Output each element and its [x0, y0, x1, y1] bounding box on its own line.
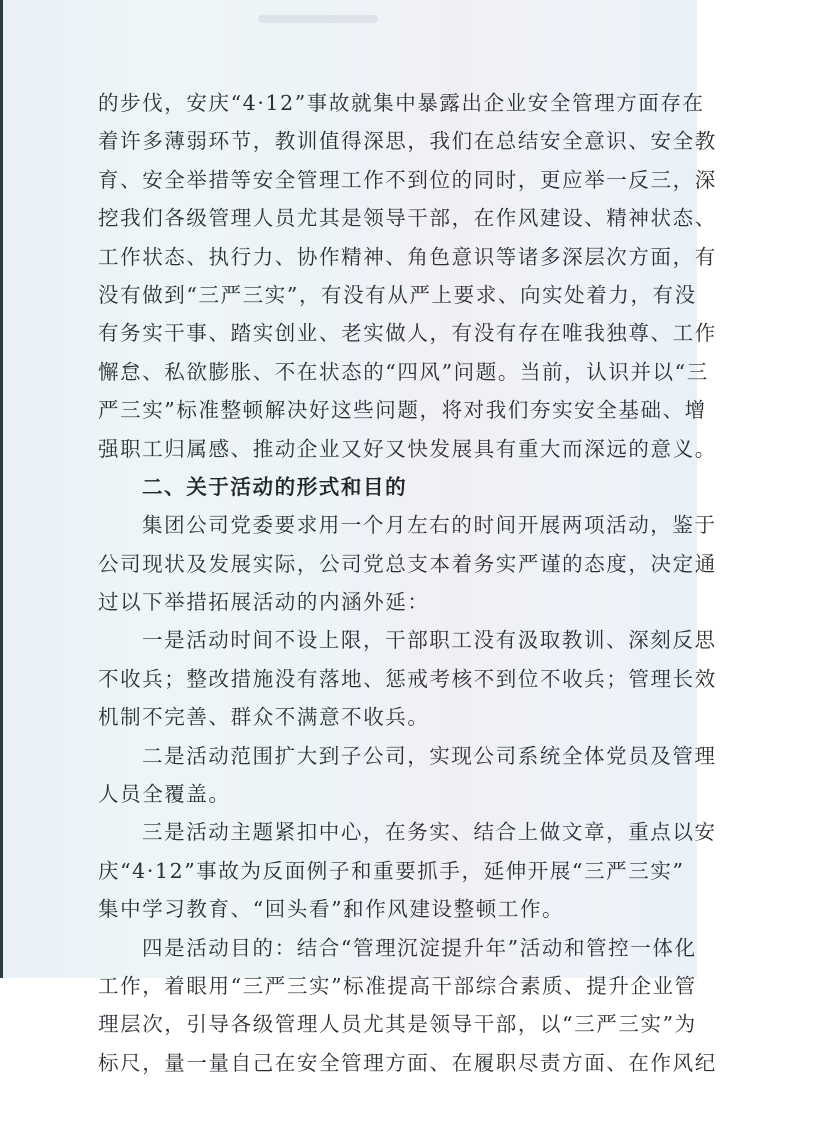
text-line: 挖我们各级管理人员尤其是领导干部，在作风建设、精神状态、: [98, 199, 633, 237]
text-line: 过以下举措拓展活动的内涵外延：: [98, 583, 633, 621]
text-line: 强职工归属感、推动企业又好又快发展具有重大而深远的意义。: [98, 430, 633, 468]
header-smudge: [258, 15, 378, 23]
text-line: 工作，着眼用“三严三实”标准提高干部综合素质、提升企业管: [98, 967, 633, 1005]
text-line: 着许多薄弱环节，教训值得深思，我们在总结安全意识、安全教: [98, 122, 633, 160]
text-line: 二是活动范围扩大到子公司，实现公司系统全体党员及管理: [98, 737, 633, 775]
text-line: 庆“4·12”事故为反面例子和重要抓手，延伸开展“三严三实”: [98, 852, 633, 890]
text-line: 没有做到“三严三实”，有没有从严上要求、向实处着力，有没: [98, 276, 633, 314]
text-line: 有务实干事、踏实创业、老实做人，有没有存在唯我独尊、工作: [98, 314, 633, 352]
paragraph-continuation: 的步伐，安庆“4·12”事故就集中暴露出企业安全管理方面存在 着许多薄弱环节，教…: [98, 84, 633, 468]
text-line: 人员全覆盖。: [98, 775, 633, 813]
text-line: 不收兵；整改措施没有落地、惩戒考核不到位不收兵；管理长效: [98, 660, 633, 698]
text-line: 三是活动主题紧扣中心，在务实、结合上做文章，重点以安: [98, 813, 633, 851]
section-heading-text: 二、关于活动的形式和目的: [98, 468, 633, 506]
text-line: 的步伐，安庆“4·12”事故就集中暴露出企业安全管理方面存在: [98, 84, 633, 122]
text-line: 公司现状及发展实际，公司党总支本着务实严谨的态度，决定通: [98, 545, 633, 583]
page-number: 2: [344, 905, 351, 921]
text-line: 四是活动目的：结合“管理沉淀提升年”活动和管控一体化: [98, 929, 633, 967]
paragraph-item-3: 三是活动主题紧扣中心，在务实、结合上做文章，重点以安 庆“4·12”事故为反面例…: [98, 813, 633, 928]
text-line: 机制不完善、群众不满意不收兵。: [98, 698, 633, 736]
text-line: 理层次，引导各级管理人员尤其是领导干部，以“三严三实”为: [98, 1005, 633, 1043]
text-line: 标尺，量一量自己在安全管理方面、在履职尽责方面、在作风纪: [98, 1044, 633, 1082]
text-line: 育、安全举措等安全管理工作不到位的同时，更应举一反三，深: [98, 161, 633, 199]
paragraph-item-2: 二是活动范围扩大到子公司，实现公司系统全体党员及管理 人员全覆盖。: [98, 737, 633, 814]
scanned-page: 的步伐，安庆“4·12”事故就集中暴露出企业安全管理方面存在 着许多薄弱环节，教…: [0, 0, 697, 978]
text-line: 严三实”标准整顿解决好这些问题，将对我们夯实安全基础、增: [98, 391, 633, 429]
text-line: 懈怠、私欲膨胀、不在状态的“四风”问题。当前，认识并以“三: [98, 353, 633, 391]
text-line: 集团公司党委要求用一个月左右的时间开展两项活动，鉴于: [98, 506, 633, 544]
text-line: 一是活动时间不设上限，干部职工没有汲取教训、深刻反思: [98, 621, 633, 659]
paragraph-item-4: 四是活动目的：结合“管理沉淀提升年”活动和管控一体化 工作，着眼用“三严三实”标…: [98, 929, 633, 1083]
paragraph-item-1: 一是活动时间不设上限，干部职工没有汲取教训、深刻反思 不收兵；整改措施没有落地、…: [98, 621, 633, 736]
text-line: 集中学习教育、“回头看”和作风建设整顿工作。: [98, 890, 633, 928]
text-line: 工作状态、执行力、协作精神、角色意识等诸多深层次方面，有: [98, 238, 633, 276]
paragraph-intro: 集团公司党委要求用一个月左右的时间开展两项活动，鉴于 公司现状及发展实际，公司党…: [98, 506, 633, 621]
document-body: 的步伐，安庆“4·12”事故就集中暴露出企业安全管理方面存在 着许多薄弱环节，教…: [98, 84, 633, 1082]
section-heading: 二、关于活动的形式和目的: [98, 468, 633, 506]
